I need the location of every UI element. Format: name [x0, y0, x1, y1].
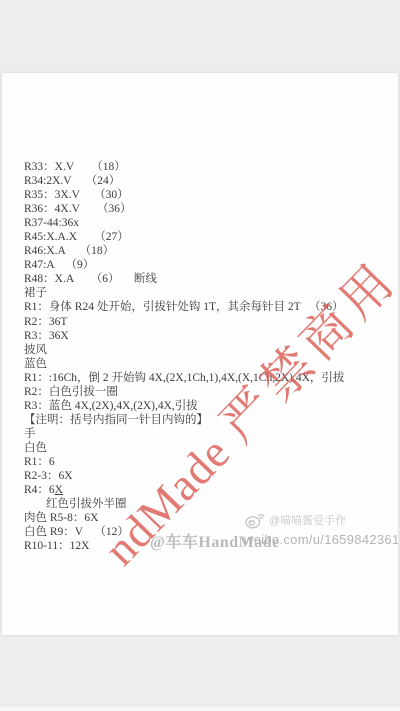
document-line: R1：6 — [24, 455, 384, 469]
document-line: 裙子 — [24, 286, 384, 300]
document-line: 【注明：括号内指同一针目内钩的】 — [24, 413, 384, 427]
document-lines: R33：X.V （18）R34:2X.V （24）R35：3X.V （30）R3… — [24, 160, 384, 553]
document-line: R1：:16Ch，倒 2 开始钩 4X,(2X,1Ch,1),4X,(X,1Ch… — [24, 371, 384, 385]
document-line: R2：白色引拔一圈 — [24, 385, 384, 399]
document-line: R33：X.V （18） — [24, 160, 384, 174]
weibo-attribution: @喵喵酱爱手作 weibo.com/u/1659842361 — [244, 509, 394, 547]
document-line: R47:A （9） — [24, 258, 384, 272]
document-line: R2：36T — [24, 315, 384, 329]
weibo-username: @喵喵酱爱手作 — [269, 512, 346, 528]
document-line: R37-44:36x — [24, 216, 384, 230]
weibo-logo-icon — [244, 510, 266, 530]
document-line: R1：身体 R24 处开始，引拔针处钩 1T，其余每针目 2T （36） — [24, 300, 384, 314]
document-line: R45:X.A.X （27） — [24, 230, 384, 244]
document-line: 白色 — [24, 441, 384, 455]
document-line: 手 — [24, 427, 384, 441]
document-line: R36：4X.V （36） — [24, 202, 384, 216]
screenshot-root: R33：X.V （18）R34:2X.V （24）R35：3X.V （30）R3… — [0, 0, 400, 711]
document-line: 蓝色 — [24, 357, 384, 371]
document-page: R33：X.V （18）R34:2X.V （24）R35：3X.V （30）R3… — [2, 73, 398, 635]
document-line: 披风 — [24, 343, 384, 357]
document-line: R34:2X.V （24） — [24, 174, 384, 188]
weibo-url: weibo.com/u/1659842361 — [244, 532, 394, 547]
bottom-edge-strip — [0, 707, 400, 711]
document-line: R46:X.A （18） — [24, 244, 384, 258]
document-line: R35：3X.V （30） — [24, 188, 384, 202]
document-line: R4：6X — [24, 483, 384, 497]
document-line: R48：X.A （6） 断线 — [24, 272, 384, 286]
document-line: R3：蓝色 4X,(2X),4X,(2X),4X,引拔 — [24, 399, 384, 413]
document-line: R2-3：6X — [24, 469, 384, 483]
document-line: R3：36X — [24, 329, 384, 343]
